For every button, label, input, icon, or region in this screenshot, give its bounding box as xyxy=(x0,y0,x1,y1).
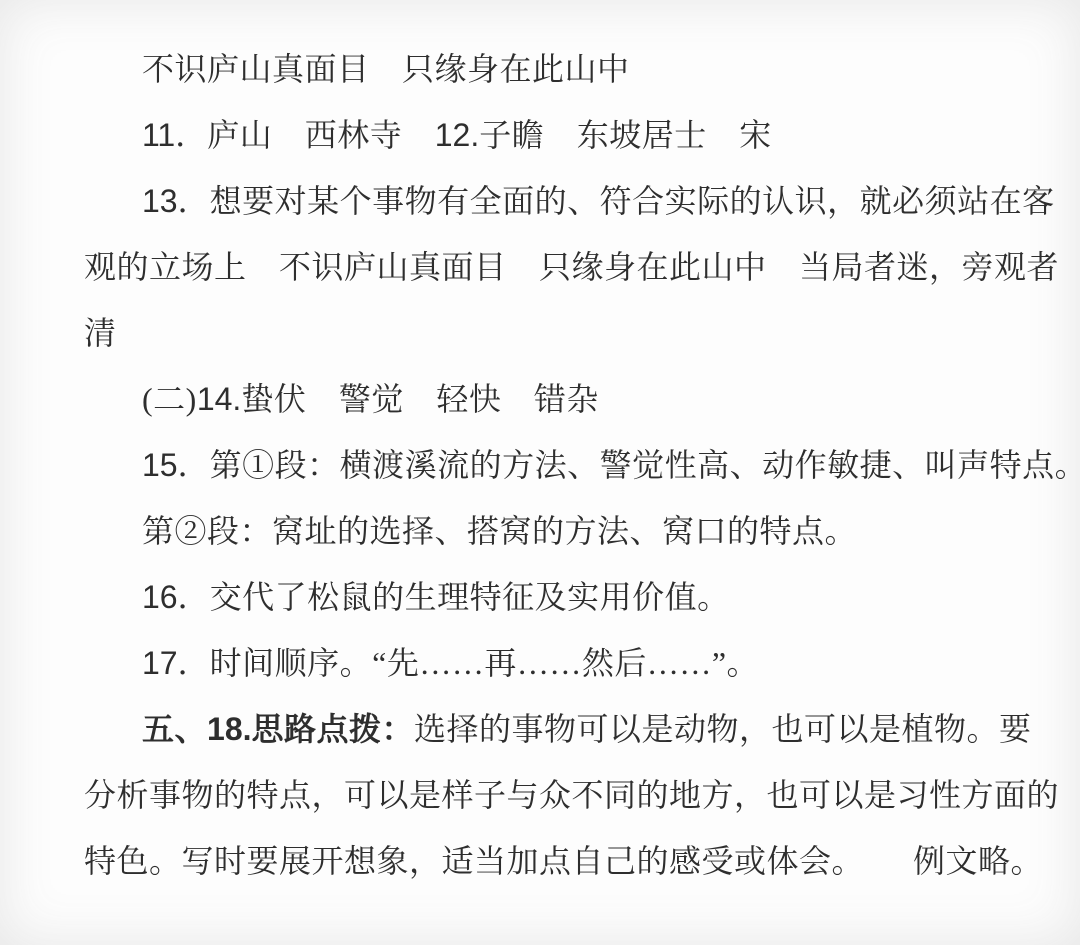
text-line: 17．时间顺序。“先……再……然后……”。 xyxy=(84,630,996,696)
text-line: 分析事物的特点，可以是样子与众不同的地方，也可以是习性方面的 xyxy=(84,762,996,828)
answer-text: 交代了松鼠的生理特征及实用价值。 xyxy=(210,579,730,615)
answer-text: 想要对某个事物有全面的、符合实际的认识，就必须站在客 xyxy=(210,183,1055,219)
answer-text: 时间顺序。“先……再……然后……”。 xyxy=(210,645,759,681)
answer-text: 分析事物的特点，可以是样子与众不同的地方，也可以是习性方面的 xyxy=(84,777,1059,813)
question-number: 11． xyxy=(142,117,207,153)
answer-text: 庐山 西林寺 xyxy=(207,117,435,153)
text-line: 不识庐山真面目 只缘身在此山中 xyxy=(84,36,996,102)
text-line: 第②段：窝址的选择、搭窝的方法、窝口的特点。 xyxy=(84,498,996,564)
question-number: 16． xyxy=(142,579,210,615)
answer-text: 特色。写时要展开想象，适当加点自己的感受或体会。 例文略。 xyxy=(84,843,1043,879)
text-line: 11．庐山 西林寺 12.子瞻 东坡居士 宋 xyxy=(84,102,996,168)
answer-sheet-page: 不识庐山真面目 只缘身在此山中11．庐山 西林寺 12.子瞻 东坡居士 宋13．… xyxy=(0,0,1080,945)
answer-text: 思路点拨： xyxy=(252,711,415,747)
text-line: 15．第①段：横渡溪流的方法、警觉性高、动作敏捷、叫声特点。 xyxy=(84,432,996,498)
text-line: 观的立场上 不识庐山真面目 只缘身在此山中 当局者迷，旁观者 xyxy=(84,234,996,300)
question-number: 14. xyxy=(197,381,241,417)
answer-text: 第①段：横渡溪流的方法、警觉性高、动作敏捷、叫声特点。 xyxy=(210,447,1080,483)
answer-text: 子瞻 东坡居士 宋 xyxy=(479,117,772,153)
answer-text-block: 不识庐山真面目 只缘身在此山中11．庐山 西林寺 12.子瞻 东坡居士 宋13．… xyxy=(0,0,1080,894)
answer-text: 第②段：窝址的选择、搭窝的方法、窝口的特点。 xyxy=(142,513,857,549)
question-number: 17． xyxy=(142,645,210,681)
text-line: 清 xyxy=(84,300,996,366)
text-line: 13．想要对某个事物有全面的、符合实际的认识，就必须站在客 xyxy=(84,168,996,234)
answer-text: 清 xyxy=(84,315,117,351)
question-number: 13． xyxy=(142,183,210,219)
text-line: 16．交代了松鼠的生理特征及实用价值。 xyxy=(84,564,996,630)
answer-text: (二) xyxy=(142,381,197,417)
question-number: 18. xyxy=(207,711,251,747)
question-number: 12. xyxy=(435,117,479,153)
text-line: 五、18.思路点拨：选择的事物可以是动物，也可以是植物。要 xyxy=(84,696,996,762)
answer-text: 五、 xyxy=(142,711,207,747)
question-number: 15． xyxy=(142,447,210,483)
text-line: (二)14.蛰伏 警觉 轻快 错杂 xyxy=(84,366,996,432)
answer-text: 选择的事物可以是动物，也可以是植物。要 xyxy=(414,711,1032,747)
answer-text: 蛰伏 警觉 轻快 错杂 xyxy=(241,381,599,417)
answer-text: 观的立场上 不识庐山真面目 只缘身在此山中 当局者迷，旁观者 xyxy=(84,249,1059,285)
text-line: 特色。写时要展开想象，适当加点自己的感受或体会。 例文略。 xyxy=(84,828,996,894)
answer-text: 不识庐山真面目 只缘身在此山中 xyxy=(142,51,630,87)
